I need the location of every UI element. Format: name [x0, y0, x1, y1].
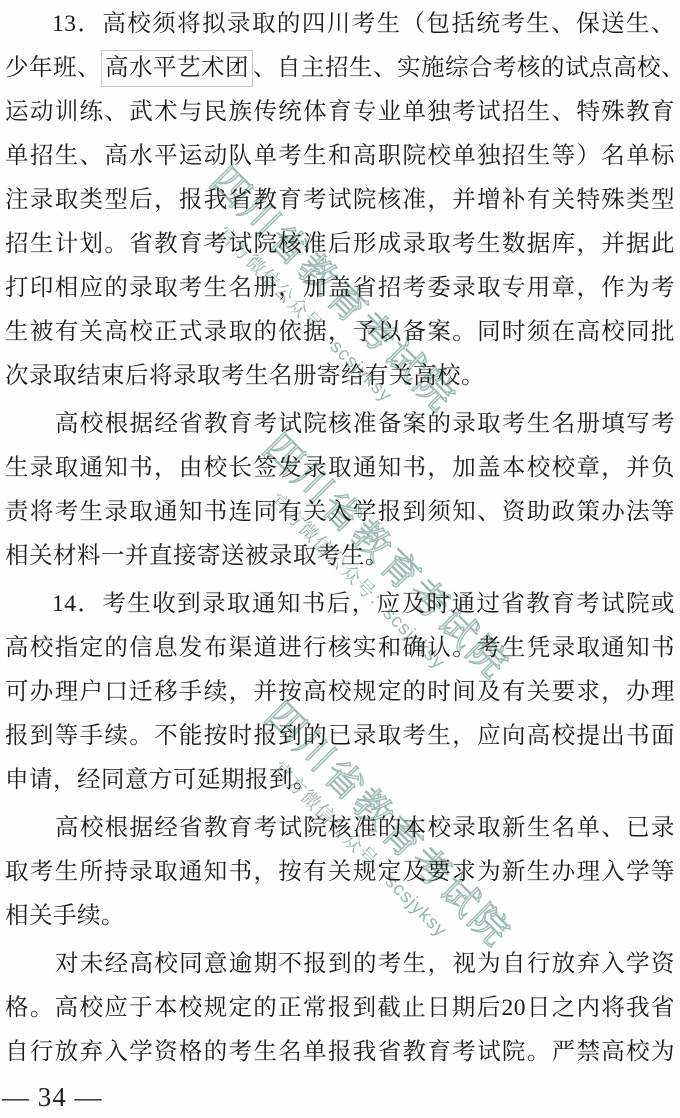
body-line: 申请，经同意方可延期报到。: [5, 758, 675, 802]
body-line: 13．高校须将拟录取的四川考生（包括统考生、保送生、: [5, 2, 675, 46]
body-line: 14．考生收到录取通知书后，应及时通过省教育考试院或: [5, 582, 675, 626]
body-line: 少年班、高水平艺术团、自主招生、实施综合考核的试点高校、: [5, 46, 675, 90]
body-line: 运动训练、武术与民族传统体育专业单独考试招生、特殊教育: [5, 90, 675, 134]
document-page: 四川省教育考试院 官方微信公众号：scsjyksy 四川省教育考试院 官方微信公…: [0, 0, 680, 1118]
body-line: 招生计划。省教育考试院核准后形成录取考生数据库，并据此: [5, 222, 675, 266]
body-line: 相关材料一并直接寄送被录取考生。: [5, 534, 675, 578]
body-line: 高校指定的信息发布渠道进行核实和确认。考生凭录取通知书: [5, 626, 675, 670]
body-line: 打印相应的录取考生名册，加盖省招考委录取专用章，作为考: [5, 266, 675, 310]
body-line: 自行放弃入学资格的考生名单报我省教育考试院。严禁高校为: [5, 1030, 675, 1074]
body-line: 生录取通知书，由校长签发录取通知书，加盖本校校章，并负: [5, 446, 675, 490]
line-text: 少年班、: [5, 55, 101, 81]
body-line: 高校根据经省教育考试院核准备案的录取考生名册填写考: [5, 402, 675, 446]
body-line: 格。高校应于本校规定的正常报到截止日期后20日之内将我省: [5, 986, 675, 1030]
body-line: 生被有关高校正式录取的依据，予以备案。同时须在高校同批: [5, 310, 675, 354]
page-number: — 34 —: [2, 1082, 103, 1113]
body-line: 对未经高校同意逾期不报到的考生，视为自行放弃入学资: [5, 942, 675, 986]
document-body: 13．高校须将拟录取的四川考生（包括统考生、保送生、 少年班、高水平艺术团、自主…: [5, 2, 675, 1074]
line-text: 、自主招生、实施综合考核的试点高校、: [253, 55, 680, 81]
body-line: 次录取结束后将录取考生名册寄给有关高校。: [5, 354, 675, 398]
body-line: 高校根据经省教育考试院核准的本校录取新生名单、已录: [5, 806, 675, 850]
body-line: 报到等手续。不能按时报到的已录取考生，应向高校提出书面: [5, 714, 675, 758]
body-line: 相关手续。: [5, 894, 675, 938]
body-line: 责将考生录取通知书连同有关入学报到须知、资助政策办法等: [5, 490, 675, 534]
body-line: 可办理户口迁移手续，并按高校规定的时间及有关要求，办理: [5, 670, 675, 714]
body-line: 单招生、高水平运动队单考生和高职院校单独招生等）名单标: [5, 134, 675, 178]
body-line: 取考生所持录取通知书，按有关规定及要求为新生办理入学等: [5, 850, 675, 894]
body-line: 注录取类型后，报我省教育考试院核准，并增补有关特殊类型: [5, 178, 675, 222]
highlight-box: 高水平艺术团: [101, 50, 253, 87]
